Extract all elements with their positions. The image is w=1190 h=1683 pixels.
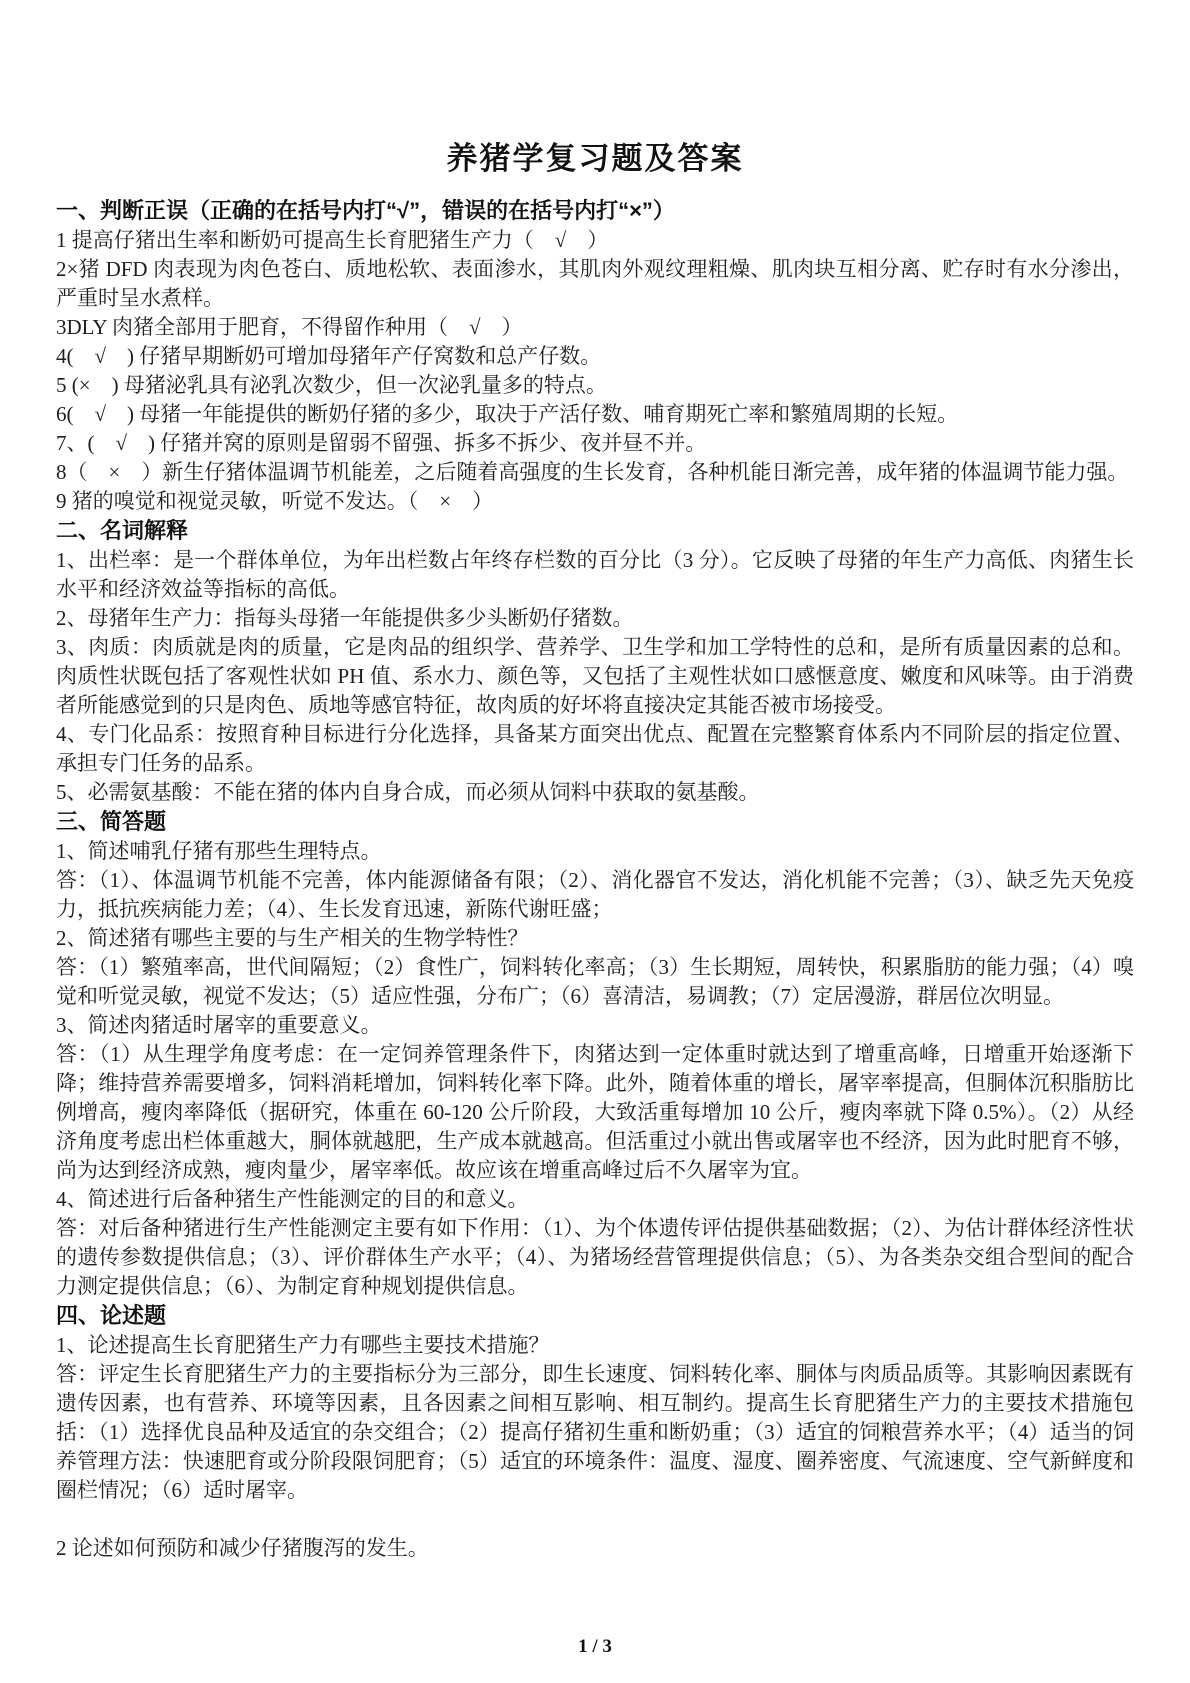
true-false-item-2: 2×猪 DFD 肉表现为肉色苍白、质地松软、表面渗水，其肌肉外观纹理粗燥、肌肉块… (56, 255, 1134, 313)
short-answer-question-3: 3、简述肉猪适时屠宰的重要意义。 (56, 1011, 1134, 1040)
true-false-item-7: 7、( √ ) 仔猪并窝的原则是留弱不留强、拆多不拆少、夜并昼不并。 (56, 429, 1134, 458)
section-heading-true-false: 一、判断正误（正确的在括号内打“√”，错误的在括号内打“×”） (56, 196, 1134, 226)
true-false-item-6: 6( √ ) 母猪一年能提供的断奶仔猪的多少，取决于产活仔数、哺育期死亡率和繁殖… (56, 400, 1134, 429)
true-false-item-1: 1 提高仔猪出生率和断奶可提高生长育肥猪生产力（ √ ） (56, 226, 1134, 255)
short-answer-answer-1: 答：（1）、体温调节机能不完善，体内能源储备有限；（2）、消化器官不发达，消化机… (56, 866, 1134, 924)
essay-answer-1: 答：评定生长育肥猪生产力的主要指标分为三部分，即生长速度、饲料转化率、胴体与肉质… (56, 1360, 1134, 1505)
short-answer-question-2: 2、简述猪有哪些主要的与生产相关的生物学特性？ (56, 924, 1134, 953)
blank-line (56, 1505, 1134, 1534)
short-answer-answer-2: 答：（1）繁殖率高，世代间隔短；（2）食性广，饲料转化率高；（3）生长期短，周转… (56, 953, 1134, 1011)
essay-question-1: 1、论述提高生长育肥猪生产力有哪些主要技术措施？ (56, 1331, 1134, 1360)
short-answer-answer-4: 答：对后备种猪进行生产性能测定主要有如下作用：（1）、为个体遗传评估提供基础数据… (56, 1214, 1134, 1301)
true-false-item-9: 9 猪的嗅觉和视觉灵敏，听觉不发达。（ × ） (56, 487, 1134, 516)
true-false-item-8: 8（ × ）新生仔猪体温调节机能差，之后随着高强度的生长发育，各种机能日渐完善，… (56, 458, 1134, 487)
short-answer-question-1: 1、简述哺乳仔猪有那些生理特点。 (56, 837, 1134, 866)
true-false-item-5: 5 (× ) 母猪泌乳具有泌乳次数少，但一次泌乳量多的特点。 (56, 371, 1134, 400)
page-number: 1 / 3 (0, 1632, 1190, 1661)
true-false-item-3: 3DLY 肉猪全部用于肥育，不得留作种用（ √ ） (56, 313, 1134, 342)
document-page: 养猪学复习题及答案 一、判断正误（正确的在括号内打“√”，错误的在括号内打“×”… (0, 0, 1190, 1683)
true-false-item-4: 4( √ ) 仔猪早期断奶可增加母猪年产仔窝数和总产仔数。 (56, 342, 1134, 371)
section-heading-terms: 二、名词解释 (56, 516, 1134, 546)
document-title: 养猪学复习题及答案 (56, 138, 1134, 180)
essay-question-2: 2 论述如何预防和减少仔猪腹泻的发生。 (56, 1534, 1134, 1563)
term-definition-1: 1、出栏率：是一个群体单位，为年出栏数占年终存栏数的百分比（3 分）。它反映了母… (56, 546, 1134, 604)
term-definition-4: 4、专门化品系：按照育种目标进行分化选择，具备某方面突出优点、配置在完整繁育体系… (56, 720, 1134, 778)
section-heading-short-answer: 三、简答题 (56, 807, 1134, 837)
short-answer-question-4: 4、简述进行后备种猪生产性能测定的目的和意义。 (56, 1185, 1134, 1214)
term-definition-3: 3、肉质：肉质就是肉的质量，它是肉品的组织学、营养学、卫生学和加工学特性的总和，… (56, 633, 1134, 720)
term-definition-2: 2、母猪年生产力：指每头母猪一年能提供多少头断奶仔猪数。 (56, 604, 1134, 633)
term-definition-5: 5、必需氨基酸：不能在猪的体内自身合成，而必须从饲料中获取的氨基酸。 (56, 778, 1134, 807)
short-answer-answer-3: 答：（1）从生理学角度考虑：在一定饲养管理条件下，肉猪达到一定体重时就达到了增重… (56, 1040, 1134, 1185)
section-heading-essay: 四、论述题 (56, 1301, 1134, 1331)
